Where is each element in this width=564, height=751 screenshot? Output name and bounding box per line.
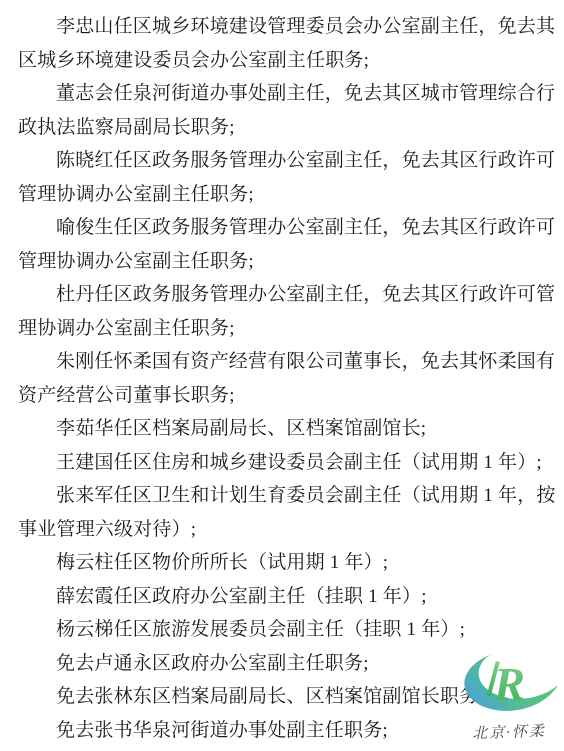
- logo-caption: 北京·怀柔: [456, 719, 563, 744]
- document-line: 区城乡环境建设委员会办公室副主任职务;: [18, 44, 552, 78]
- hr-swoosh-icon: R: [457, 646, 561, 720]
- document-line: 朱刚任怀柔国有资产经营有限公司董事长，免去其怀柔国有: [18, 345, 552, 379]
- document-line: 杜丹任区政务服务管理办公室副主任，免去其区行政许可管: [18, 278, 552, 312]
- document-line: 李茹华任区档案局副局长、区档案馆副馆长;: [18, 412, 552, 446]
- document-line: 薛宏霞任区政府办公室副主任（挂职 1 年）;: [18, 580, 552, 614]
- document-line: 王建国任区住房和城乡建设委员会副主任（试用期 1 年）;: [18, 446, 552, 480]
- document-line: 杨云梯任区旅游发展委员会副主任（挂职 1 年）;: [18, 613, 552, 647]
- document-line: 管理协调办公室副主任职务;: [18, 178, 552, 212]
- document-line: 陈晓红任区政务服务管理办公室副主任，免去其区行政许可: [18, 144, 552, 178]
- monogram-letter: R: [493, 658, 525, 710]
- huairou-hr-logo: R 北京·怀柔: [456, 646, 562, 742]
- document-line: 梅云柱任区物价所所长（试用期 1 年）;: [18, 546, 552, 580]
- document-line: 董志会任泉河街道办事处副主任，免去其区城市管理综合行: [18, 77, 552, 111]
- document-body: 李忠山任区城乡环境建设管理委员会办公室副主任，免去其区城乡环境建设委员会办公室副…: [18, 10, 552, 747]
- document-line: 管理协调办公室副主任职务;: [18, 245, 552, 279]
- document-line: 事业管理六级对待）;: [18, 513, 552, 547]
- document-line: 理协调办公室副主任职务;: [18, 312, 552, 346]
- document-line: 政执法监察局副局长职务;: [18, 111, 552, 145]
- document-line: 喻俊生任区政务服务管理办公室副主任，免去其区行政许可: [18, 211, 552, 245]
- document-line: 张来军任区卫生和计划生育委员会副主任（试用期 1 年，按: [18, 479, 552, 513]
- document-line: 资产经营公司董事长职务;: [18, 379, 552, 413]
- document-line: 李忠山任区城乡环境建设管理委员会办公室副主任，免去其: [18, 10, 552, 44]
